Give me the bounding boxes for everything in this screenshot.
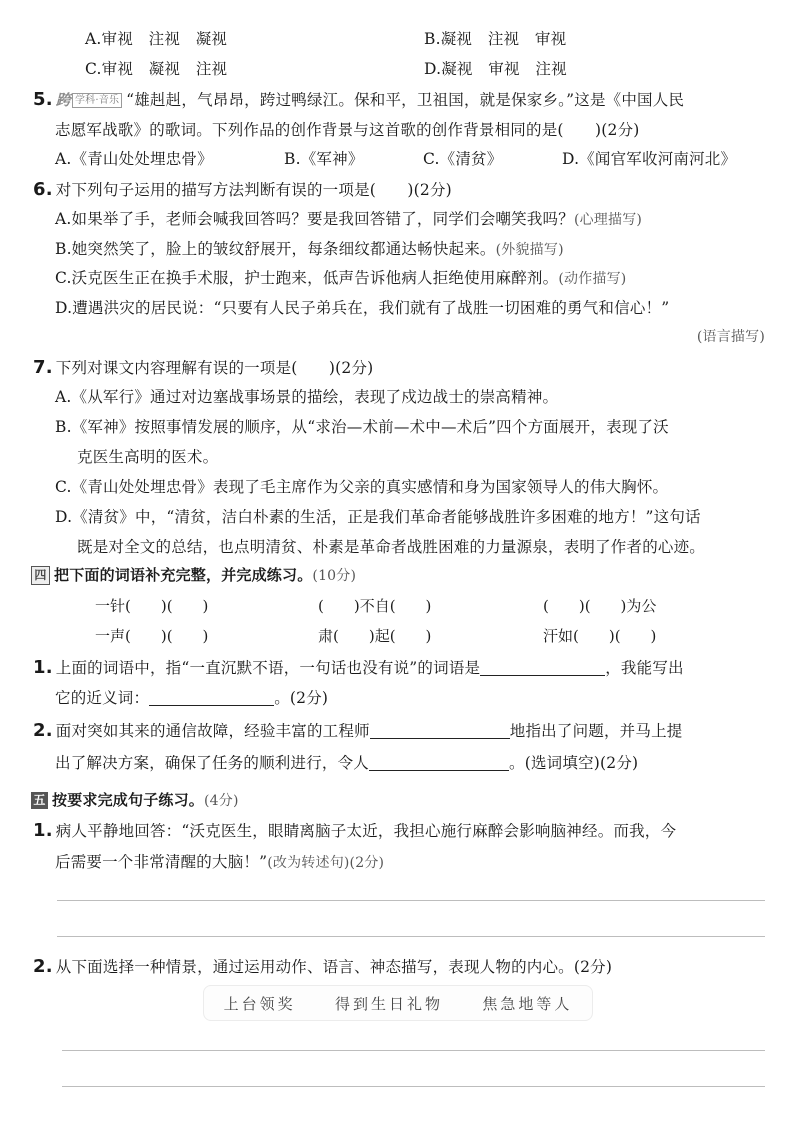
section-5-header: 五按要求完成句子练习。(4分)	[31, 789, 239, 810]
s4-q2-line2: 出了解决方案，确保了任务的顺利进行，令人。(选词填空)(2分)	[55, 751, 638, 773]
option-note: (心理描写)	[574, 212, 642, 228]
q-text: 后需要一个非常清醒的大脑！”	[55, 853, 267, 871]
q5-stem-line1: 5.跨学科·音乐“雄赳赳，气昂昂，跨过鸭绿江。保和平，卫祖国，就是保家乡。”这是…	[33, 88, 684, 110]
q5-text: “雄赳赳，气昂昂，跨过鸭绿江。保和平，卫祖国，就是保家乡。”这是《中国人民	[126, 91, 684, 109]
q6-option-c[interactable]: C.沃克医生正在换手术服，护士跑来，低声告诉他病人拒绝使用麻醉剂。(动作描写)	[55, 266, 626, 288]
s5-q1-line1: 1.病人平静地回答：“沃克医生，眼睛离脑子太近，我担心施行麻醉会影响脑神经。而我…	[33, 819, 676, 841]
question-number: 2.	[33, 956, 53, 977]
q5-option-b[interactable]: B.《军神》	[284, 147, 364, 169]
q4-option-c[interactable]: C.审视 凝视 注视	[85, 57, 227, 79]
scene-options-box: 上台领奖 得到生日礼物 焦急地等人	[203, 985, 593, 1021]
q6-option-b[interactable]: B.她突然笑了，脸上的皱纹舒展开，每条细纹都通达畅快起来。(外貌描写)	[55, 237, 564, 259]
q-text: 它的近义词：	[55, 689, 149, 707]
s5-q1-line2: 后需要一个非常清醒的大脑！”(改为转述句)(2分)	[55, 850, 384, 872]
q5-option-d[interactable]: D.《闻官军收河南河北》	[562, 147, 736, 169]
answer-blank[interactable]	[149, 689, 274, 706]
s5-q2-stem: 2.从下面选择一种情景，通过运用动作、语言、神态描写，表现人物的内心。(2分)	[33, 955, 612, 977]
s4-q1-line2: 它的近义词：。(2分)	[55, 686, 328, 708]
option-text: B.她突然笑了，脸上的皱纹舒展开，每条细纹都通达畅快起来。	[55, 240, 496, 258]
idiom-fill-6[interactable]: 汗如( )( )	[543, 625, 656, 646]
section-score: (4分)	[204, 793, 239, 809]
q6-stem: 6.对下列句子运用的描写方法判断有误的一项是( )(2分)	[33, 178, 452, 200]
scene-option[interactable]: 焦急地等人	[482, 993, 572, 1014]
question-number: 6.	[33, 179, 53, 200]
section-title: 按要求完成句子练习。	[52, 791, 204, 809]
option-note: (外貌描写)	[496, 242, 564, 258]
q7-option-b[interactable]: B.《军神》按照事情发展的顺序，从“求治—术前—术中—术后”四个方面展开，表现了…	[55, 415, 669, 437]
cross-subject-icon: 跨	[56, 91, 71, 109]
answer-line[interactable]	[62, 1086, 765, 1087]
q-text: 病人平静地回答：“沃克医生，眼睛离脑子太近，我担心施行麻醉会影响脑神经。而我，今	[56, 822, 676, 840]
section-4-header: 四把下面的词语补充完整，并完成练习。(10分)	[31, 564, 356, 585]
idiom-fill-4[interactable]: 一声( )( )	[95, 625, 208, 646]
answer-blank[interactable]	[480, 659, 605, 676]
q-text: ，我能写出	[605, 659, 684, 677]
q7-option-c[interactable]: C.《青山处处埋忠骨》表现了毛主席作为父亲的真实感情和身为国家领导人的伟大胸怀。	[55, 475, 668, 497]
q-text: 上面的词语中，指“一直沉默不语，一句话也没有说”的词语是	[56, 659, 480, 677]
q5-option-a[interactable]: A.《青山处处埋忠骨》	[55, 147, 213, 169]
q-text: 。(2分)	[274, 689, 328, 707]
s4-q1-line1: 1.上面的词语中，指“一直沉默不语，一句话也没有说”的词语是，我能写出	[33, 656, 684, 678]
section-number-icon: 五	[31, 792, 48, 809]
answer-line[interactable]	[57, 936, 765, 937]
section-score: (10分)	[312, 568, 356, 584]
cross-subject-tag: 学科·音乐	[72, 93, 122, 108]
q7-option-b-cont: 克医生高明的医术。	[77, 445, 218, 467]
q5-option-c[interactable]: C.《清贫》	[423, 147, 502, 169]
q4-option-d[interactable]: D.凝视 审视 注视	[424, 57, 567, 79]
q-text: 从下面选择一种情景，通过运用动作、语言、神态描写，表现人物的内心。(2分)	[56, 958, 612, 976]
idiom-fill-2[interactable]: ( )不自( )	[318, 595, 431, 616]
answer-line[interactable]	[57, 900, 765, 901]
answer-blank[interactable]	[370, 722, 510, 739]
question-number: 7.	[33, 357, 53, 378]
idiom-fill-1[interactable]: 一针( )( )	[95, 595, 208, 616]
question-number: 5.	[33, 89, 53, 110]
q6-option-d-note: (语言描写)	[697, 326, 765, 346]
q-note: (改为转述句)(2分)	[267, 855, 384, 871]
q-text: 面对突如其来的通信故障，经验丰富的工程师	[56, 722, 370, 740]
question-number: 1.	[33, 820, 53, 841]
answer-blank[interactable]	[369, 754, 509, 771]
q6-option-a[interactable]: A.如果举了手，老师会喊我回答吗？要是我回答错了，同学们会嘲笑我吗？(心理描写)	[55, 207, 642, 229]
option-text: A.如果举了手，老师会喊我回答吗？要是我回答错了，同学们会嘲笑我吗？	[55, 210, 574, 228]
q7-option-a[interactable]: A.《从军行》通过对边塞战事场景的描绘，表现了戍边战士的崇高精神。	[55, 385, 558, 407]
s4-q2-line1: 2.面对突如其来的通信故障，经验丰富的工程师地指出了问题，并马上提	[33, 719, 682, 741]
q4-option-b[interactable]: B.凝视 注视 审视	[424, 27, 566, 49]
q5-stem-line2: 志愿军战歌》的歌词。下列作品的创作背景与这首歌的创作背景相同的是( )(2分)	[55, 118, 640, 140]
q6-option-d[interactable]: D.遭遇洪灾的居民说：“只要有人民子弟兵在，我们就有了战胜一切困难的勇气和信心！…	[55, 296, 669, 318]
question-number: 2.	[33, 720, 53, 741]
q6-text: 对下列句子运用的描写方法判断有误的一项是( )(2分)	[56, 181, 452, 199]
q-text: 。(选词填空)(2分)	[509, 754, 638, 772]
answer-line[interactable]	[62, 1050, 765, 1051]
question-number: 1.	[33, 657, 53, 678]
q7-option-d-cont: 既是对全文的总结，也点明清贫、朴素是革命者战胜困难的力量源泉，表明了作者的心迹。	[77, 535, 705, 557]
q4-option-a[interactable]: A.审视 注视 凝视	[85, 27, 227, 49]
q7-option-d[interactable]: D.《清贫》中，“清贫，洁白朴素的生活，正是我们革命者能够战胜许多困难的地方！”…	[55, 505, 701, 527]
scene-option[interactable]: 得到生日礼物	[335, 993, 443, 1014]
q7-stem: 7.下列对课文内容理解有误的一项是( )(2分)	[33, 356, 373, 378]
q-text: 出了解决方案，确保了任务的顺利进行，令人	[55, 754, 369, 772]
scene-option[interactable]: 上台领奖	[224, 993, 296, 1014]
idiom-fill-5[interactable]: 肃( )起( )	[318, 625, 431, 646]
option-text: C.沃克医生正在换手术服，护士跑来，低声告诉他病人拒绝使用麻醉剂。	[55, 269, 558, 287]
section-number-icon: 四	[31, 566, 50, 585]
section-title: 把下面的词语补充完整，并完成练习。	[54, 566, 312, 584]
idiom-fill-3[interactable]: ( )( )为公	[543, 595, 656, 616]
q-text: 地指出了问题，并马上提	[510, 722, 683, 740]
q7-text: 下列对课文内容理解有误的一项是( )(2分)	[56, 359, 374, 377]
option-note: (动作描写)	[558, 271, 626, 287]
